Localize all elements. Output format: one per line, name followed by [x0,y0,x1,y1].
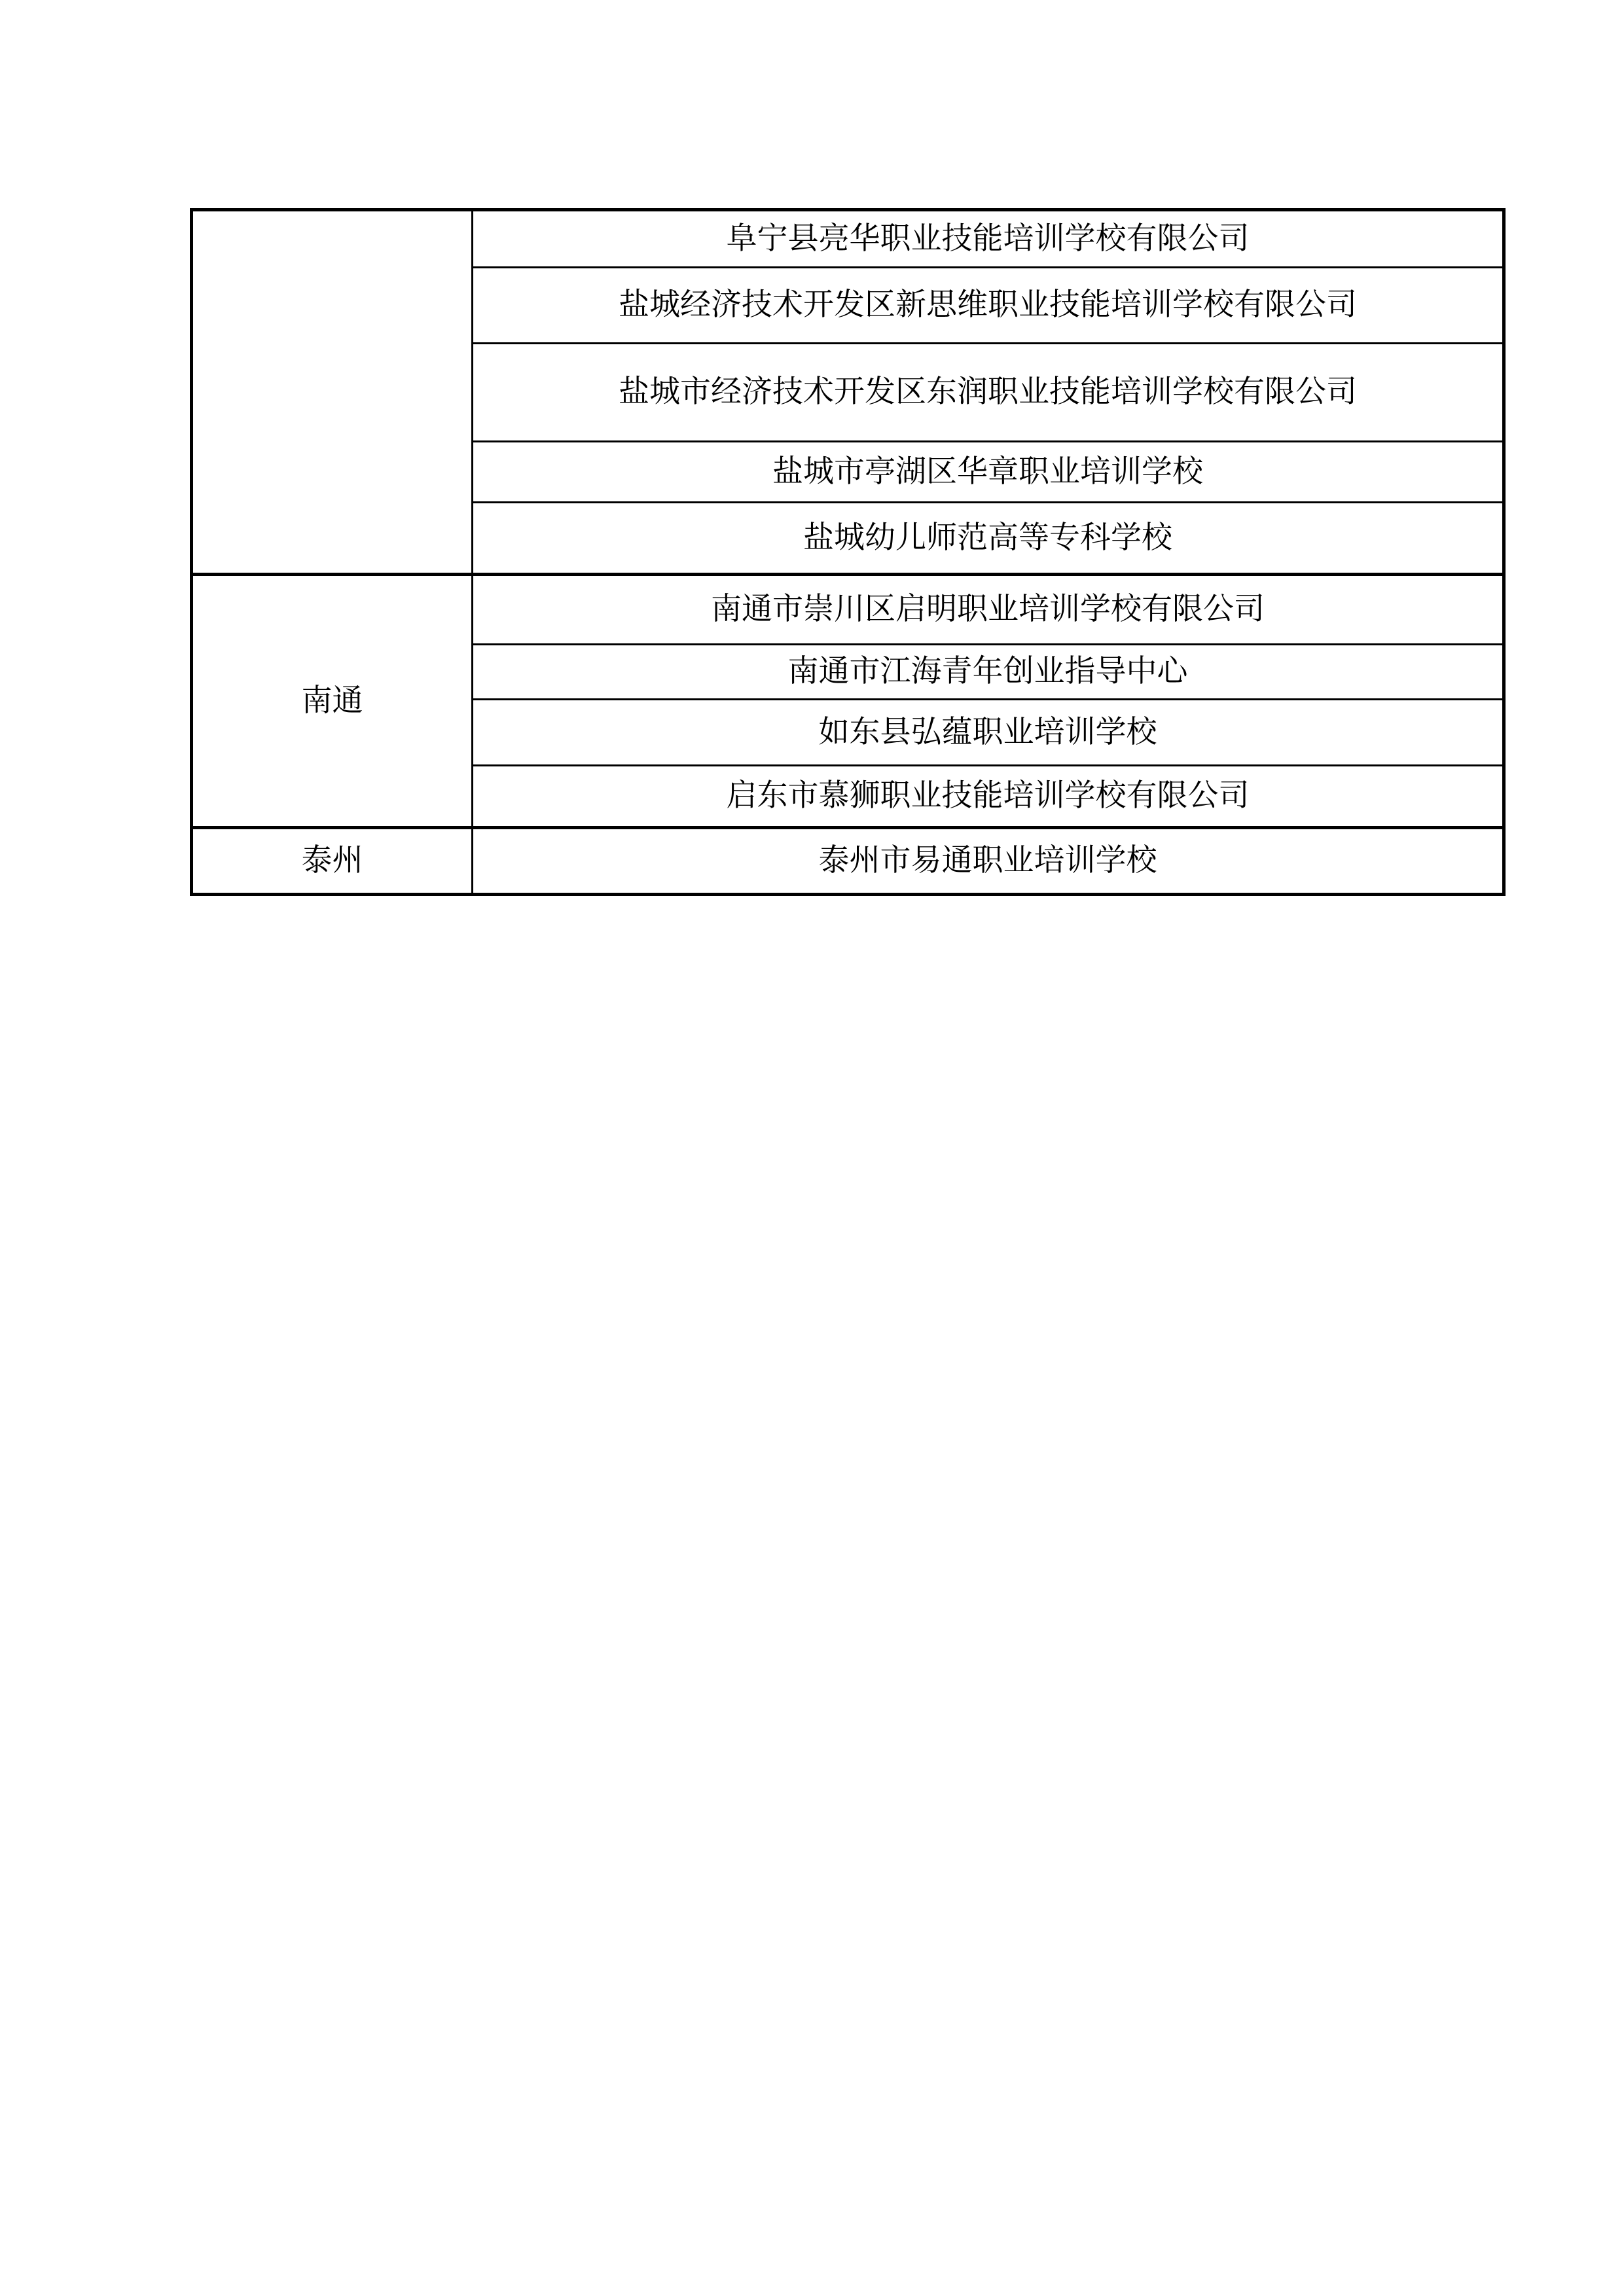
school-cell: 盐城市经济技术开发区东润职业技能培训学校有限公司 [473,344,1504,442]
city-cell: 南通 [192,575,473,828]
table-row: 南通南通市崇川区启明职业培训学校有限公司 [192,575,1504,645]
school-cell: 盐城幼儿师范高等专科学校 [473,503,1504,575]
table-row: 泰州泰州市易通职业培训学校 [192,828,1504,895]
training-table-body: 阜宁县亮华职业技能培训学校有限公司盐城经济技术开发区新思维职业技能培训学校有限公… [192,210,1504,895]
school-cell: 泰州市易通职业培训学校 [473,828,1504,895]
city-cell [192,210,473,575]
training-school-table: 阜宁县亮华职业技能培训学校有限公司盐城经济技术开发区新思维职业技能培训学校有限公… [190,208,1506,896]
school-cell: 阜宁县亮华职业技能培训学校有限公司 [473,210,1504,268]
city-cell: 泰州 [192,828,473,895]
table-row: 阜宁县亮华职业技能培训学校有限公司 [192,210,1504,268]
school-cell: 南通市崇川区启明职业培训学校有限公司 [473,575,1504,645]
school-cell: 盐城市亭湖区华章职业培训学校 [473,442,1504,503]
school-cell: 启东市慕狮职业技能培训学校有限公司 [473,766,1504,828]
school-cell: 盐城经济技术开发区新思维职业技能培训学校有限公司 [473,268,1504,344]
document-page: 阜宁县亮华职业技能培训学校有限公司盐城经济技术开发区新思维职业技能培训学校有限公… [0,0,1624,2296]
school-cell: 如东县弘蕴职业培训学校 [473,700,1504,766]
school-cell: 南通市江海青年创业指导中心 [473,645,1504,700]
